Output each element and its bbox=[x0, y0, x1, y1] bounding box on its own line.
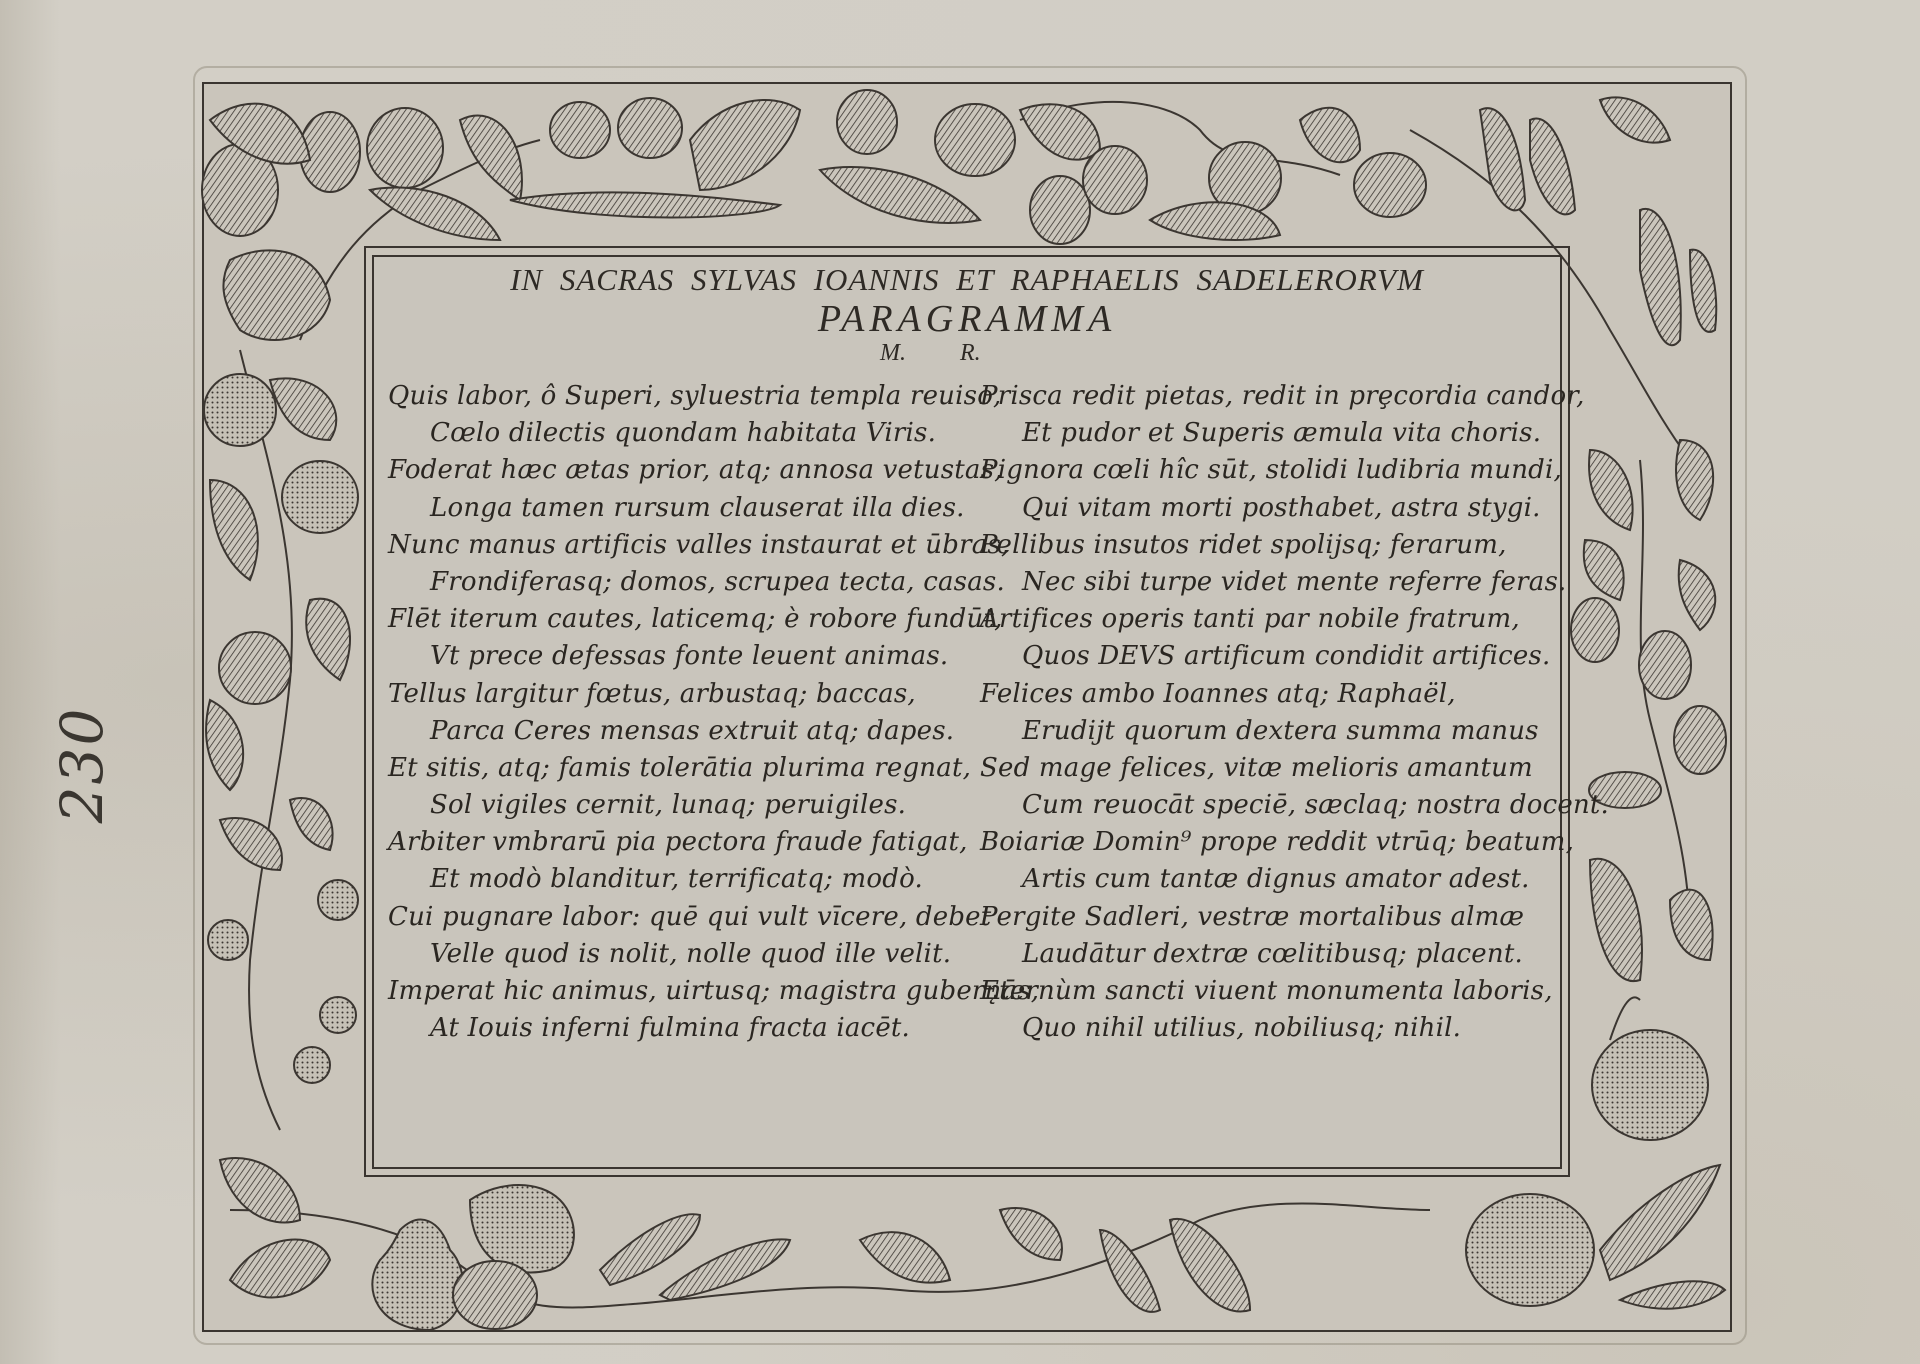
verse-line: Felices ambo Ioannes atq; Raphaël, bbox=[980, 676, 1560, 713]
verse-line: Artifices operis tanti par nobile fratru… bbox=[980, 601, 1560, 638]
verse-line: Parca Ceres mensas extruit atq; dapes. bbox=[388, 713, 968, 750]
verse-line: Ęternùm sancti viuent monumenta laboris, bbox=[980, 973, 1560, 1010]
poem-right-column: Prisca redit pietas, redit in prȩcordia … bbox=[980, 378, 1560, 1047]
verse-line: Quis labor, ô Superi, syluestria templa … bbox=[388, 378, 968, 415]
verse-line: Artis cum tantæ dignus amator adest. bbox=[980, 861, 1560, 898]
verse-line: Longa tamen rursum clauserat illa dies. bbox=[388, 490, 968, 527]
verse-line: Imperat hic animus, uirtusq; magistra gu… bbox=[388, 973, 968, 1010]
acorn-branch-icon bbox=[510, 90, 980, 223]
verse-line: Foderat hæc ætas prior, atq; annosa vetu… bbox=[388, 452, 968, 489]
verse-line: Arbiter vmbrarū pia pectora fraude fatig… bbox=[388, 824, 968, 861]
pear-peapod-lemon-branch-icon bbox=[220, 1158, 1725, 1330]
verse-line: Tellus largitur fœtus, arbustaq; baccas, bbox=[388, 676, 968, 713]
author-initials: M. R. bbox=[0, 340, 1920, 370]
heading-paragramma: PARAGRAMMA bbox=[372, 297, 1562, 341]
verse-line: Sed mage felices, vitæ melioris amantum bbox=[980, 750, 1560, 787]
verse-line: Cum reuocāt speciē, sæclaq; nostra docen… bbox=[980, 787, 1560, 824]
verse-line: Quos DEVS artificum condidit artifices. bbox=[980, 638, 1560, 675]
verse-line: Pignora cœli hîc sūt, stolidi ludibria m… bbox=[980, 452, 1560, 489]
hazelnut-branch-icon bbox=[935, 102, 1426, 244]
verse-line: Sol vigiles cernit, lunaq; peruigiles. bbox=[388, 787, 968, 824]
verse-line: Cui pugnare labor: quē qui vult vīcere, … bbox=[388, 899, 968, 936]
verse-line: Flēt iterum cautes, laticemq; è robore f… bbox=[388, 601, 968, 638]
heading-dedication: IN SACRAS SYLVAS IOANNIS ET RAPHAELIS SA… bbox=[372, 262, 1562, 298]
verse-line: Velle quod is nolit, nolle quod ille vel… bbox=[388, 936, 968, 973]
verse-line: Nec sibi turpe videt mente referre feras… bbox=[980, 564, 1560, 601]
verse-line: At Iouis inferni fulmina fracta iacēt. bbox=[388, 1010, 968, 1047]
verse-line: Nunc manus artificis valles instaurat et… bbox=[388, 527, 968, 564]
plum-apple-raspberry-branch-icon bbox=[204, 350, 358, 1130]
verse-line: Et pudor et Superis æmula vita choris. bbox=[980, 415, 1560, 452]
verse-line: Prisca redit pietas, redit in prȩcordia … bbox=[980, 378, 1560, 415]
verse-line: Et sitis, atq; famis tolerātia plurima r… bbox=[388, 750, 968, 787]
verse-line: Laudātur dextræ cœlitibusq; placent. bbox=[980, 936, 1560, 973]
verse-line: Erudijt quorum dextera summa manus bbox=[980, 713, 1560, 750]
verse-line: Boiariæ Domin⁹ prope reddit vtrūq; beatu… bbox=[980, 824, 1560, 861]
author-initial-right: R. bbox=[960, 340, 981, 367]
verse-line: Frondiferasq; domos, scrupea tecta, casa… bbox=[388, 564, 968, 601]
verse-line: Quo nihil utilius, nobiliusq; nihil. bbox=[980, 1010, 1560, 1047]
verse-line: Pellibus insutos ridet spolijsq; ferarum… bbox=[980, 527, 1560, 564]
verse-line: Qui vitam morti posthabet, astra stygi. bbox=[980, 490, 1560, 527]
verse-line: Cœlo dilectis quondam habitata Viris. bbox=[388, 415, 968, 452]
verse-line: Vt prece defessas fonte leuent animas. bbox=[388, 638, 968, 675]
verse-line: Et modò blanditur, terrificatq; modò. bbox=[388, 861, 968, 898]
verse-line: Pergite Sadleri, vestræ mortalibus almæ bbox=[980, 899, 1560, 936]
author-initial-left: M. bbox=[880, 340, 906, 367]
poem-left-column: Quis labor, ô Superi, syluestria templa … bbox=[388, 378, 968, 1047]
